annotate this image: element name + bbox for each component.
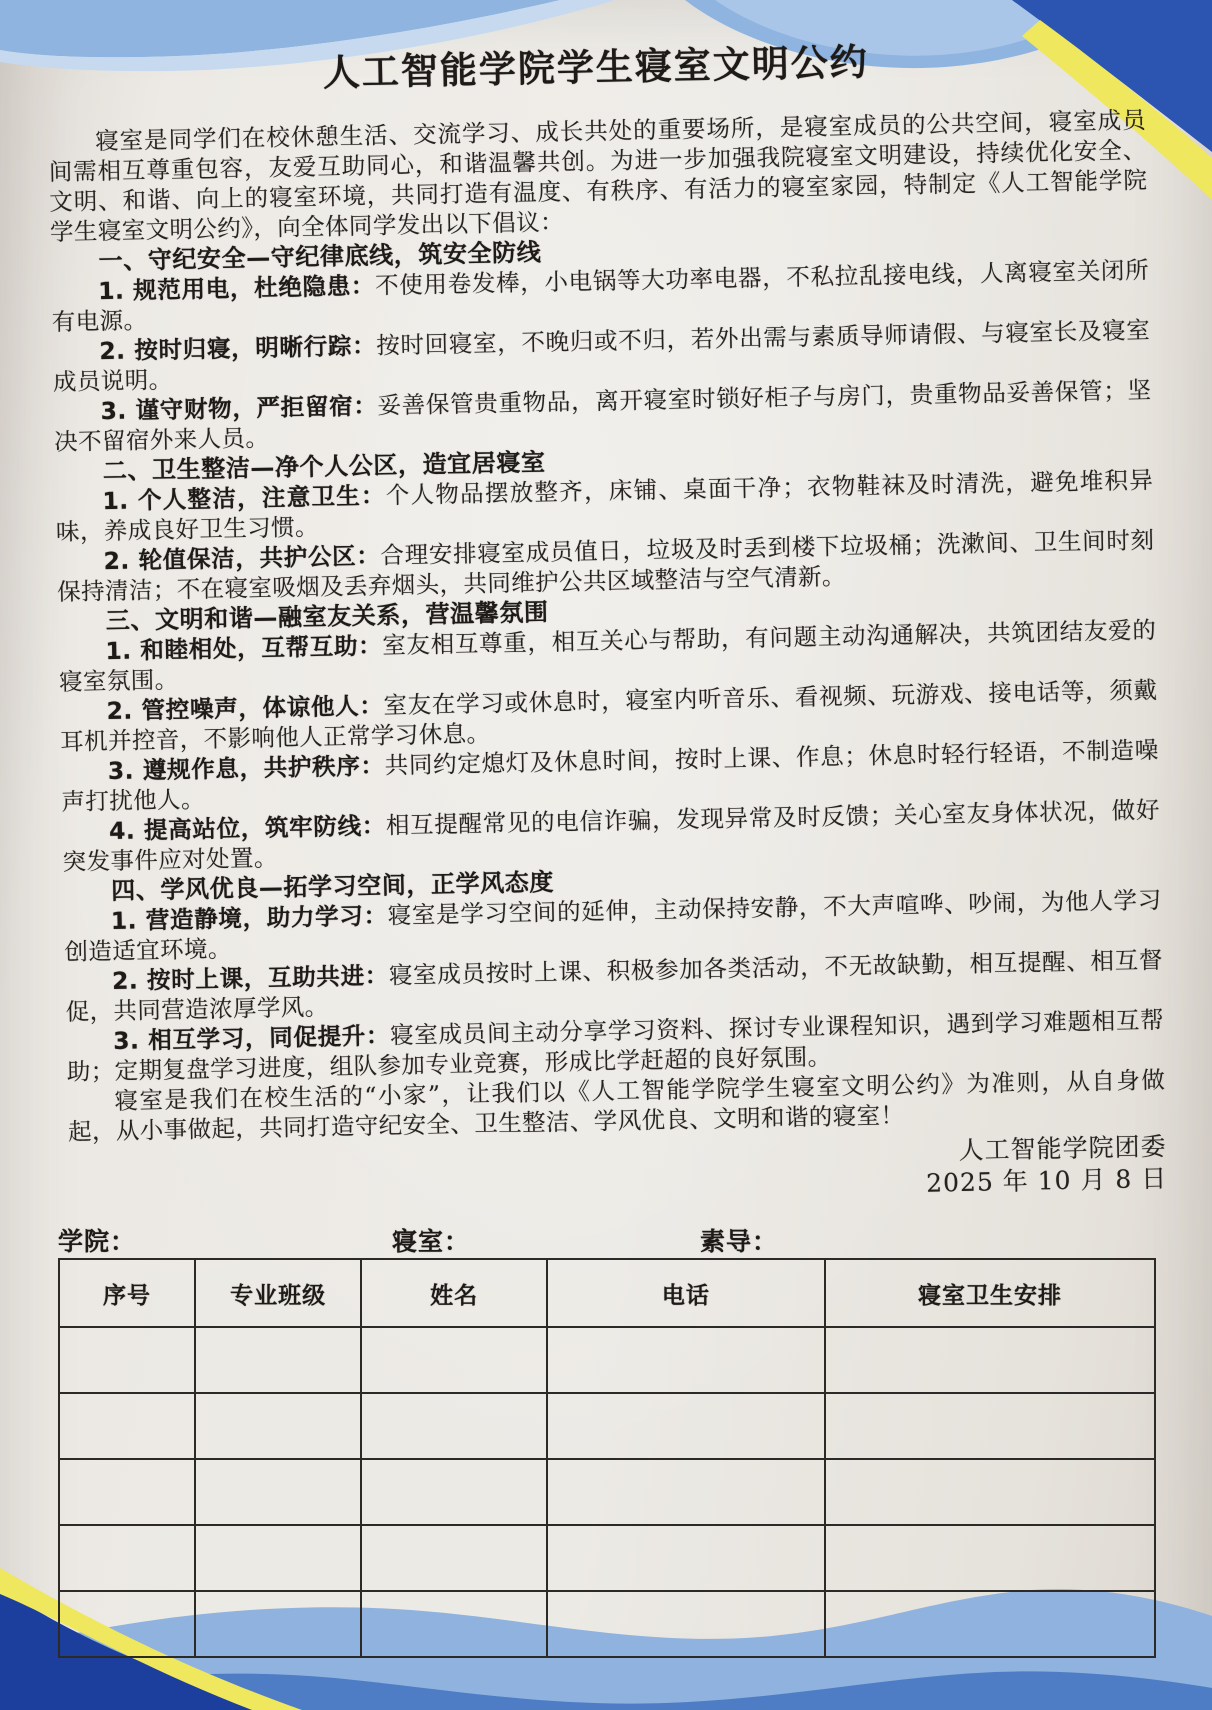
item-lead: 2. 按时归寝，明晰行踪： bbox=[99, 332, 376, 366]
table-cell bbox=[361, 1327, 546, 1393]
header-cell-hygiene: 寝室卫生安排 bbox=[825, 1259, 1155, 1327]
intro-paragraph: 寝室是同学们在校休憩生活、交流学习、成长共处的重要场所，是寝室成员的公共空间，寝… bbox=[48, 105, 1148, 247]
table-cell bbox=[547, 1525, 825, 1591]
table-cell bbox=[59, 1327, 195, 1393]
table-cell bbox=[195, 1525, 362, 1591]
item-lead: 3. 相互学习，同促提升： bbox=[113, 1021, 390, 1055]
table-empty-row bbox=[59, 1591, 1155, 1657]
mentor-label: 素导： bbox=[700, 1222, 778, 1258]
table-cell bbox=[195, 1591, 362, 1657]
table-cell bbox=[59, 1459, 195, 1525]
signature-block: 人工智能学院团委 2025 年 10 月 8 日 bbox=[68, 1131, 1167, 1217]
roster-table: 序号 专业班级 姓名 电话 寝室卫生安排 bbox=[58, 1258, 1156, 1658]
item-lead: 3. 谨守财物，严拒留宿： bbox=[100, 392, 377, 426]
table-cell bbox=[361, 1525, 546, 1591]
item-lead: 3. 遵规作息，共护秩序： bbox=[108, 751, 385, 785]
form-row: 学院： 寝室： 素导： bbox=[58, 1222, 1156, 1254]
document-photo: 人工智能学院学生寝室文明公约 寝室是同学们在校休憩生活、交流学习、成长共处的重要… bbox=[0, 0, 1212, 1710]
item-lead: 1. 规范用电，杜绝隐患： bbox=[98, 272, 375, 306]
table-cell bbox=[195, 1459, 362, 1525]
page-title: 人工智能学院学生寝室文明公约 bbox=[46, 33, 1145, 103]
table-cell bbox=[195, 1327, 362, 1393]
item-lead: 2. 管控噪声，体谅他人： bbox=[106, 692, 383, 726]
table-empty-row bbox=[59, 1525, 1155, 1591]
table-empty-row bbox=[59, 1393, 1155, 1459]
table-header-row: 序号 专业班级 姓名 电话 寝室卫生安排 bbox=[59, 1259, 1155, 1327]
item-lead: 1. 和睦相处，互帮互助： bbox=[105, 632, 382, 666]
table-cell bbox=[547, 1591, 825, 1657]
table-cell bbox=[825, 1327, 1155, 1393]
table-cell bbox=[195, 1393, 362, 1459]
header-cell-number: 序号 bbox=[59, 1259, 195, 1327]
item-lead: 2. 轮值保洁，共护公区： bbox=[103, 542, 380, 576]
table-cell bbox=[547, 1393, 825, 1459]
table-cell bbox=[361, 1393, 546, 1459]
header-cell-class: 专业班级 bbox=[195, 1259, 362, 1327]
table-cell bbox=[547, 1327, 825, 1393]
table-empty-row bbox=[59, 1459, 1155, 1525]
table-empty-row bbox=[59, 1327, 1155, 1393]
table-cell bbox=[825, 1459, 1155, 1525]
table-cell bbox=[825, 1591, 1155, 1657]
item-lead: 1. 个人整洁，注意卫生： bbox=[102, 481, 386, 515]
header-cell-name: 姓名 bbox=[361, 1259, 546, 1327]
header-cell-phone: 电话 bbox=[547, 1259, 825, 1327]
table-cell bbox=[825, 1525, 1155, 1591]
dorm-label: 寝室： bbox=[392, 1222, 470, 1258]
table-cell bbox=[825, 1393, 1155, 1459]
convention-text-block: 人工智能学院学生寝室文明公约 寝室是同学们在校休憩生活、交流学习、成长共处的重要… bbox=[46, 33, 1167, 1217]
table-cell bbox=[59, 1591, 195, 1657]
table-cell bbox=[59, 1525, 195, 1591]
item-lead: 4. 提高站位，筑牢防线： bbox=[109, 811, 386, 845]
item-lead: 2. 按时上课，互助共进： bbox=[112, 961, 389, 995]
table-cell bbox=[361, 1591, 546, 1657]
item-lead: 1. 营造静境，助力学习： bbox=[111, 901, 388, 935]
table-cell bbox=[59, 1393, 195, 1459]
table-cell bbox=[547, 1459, 825, 1525]
college-label: 学院： bbox=[58, 1222, 136, 1258]
table-cell bbox=[361, 1459, 546, 1525]
